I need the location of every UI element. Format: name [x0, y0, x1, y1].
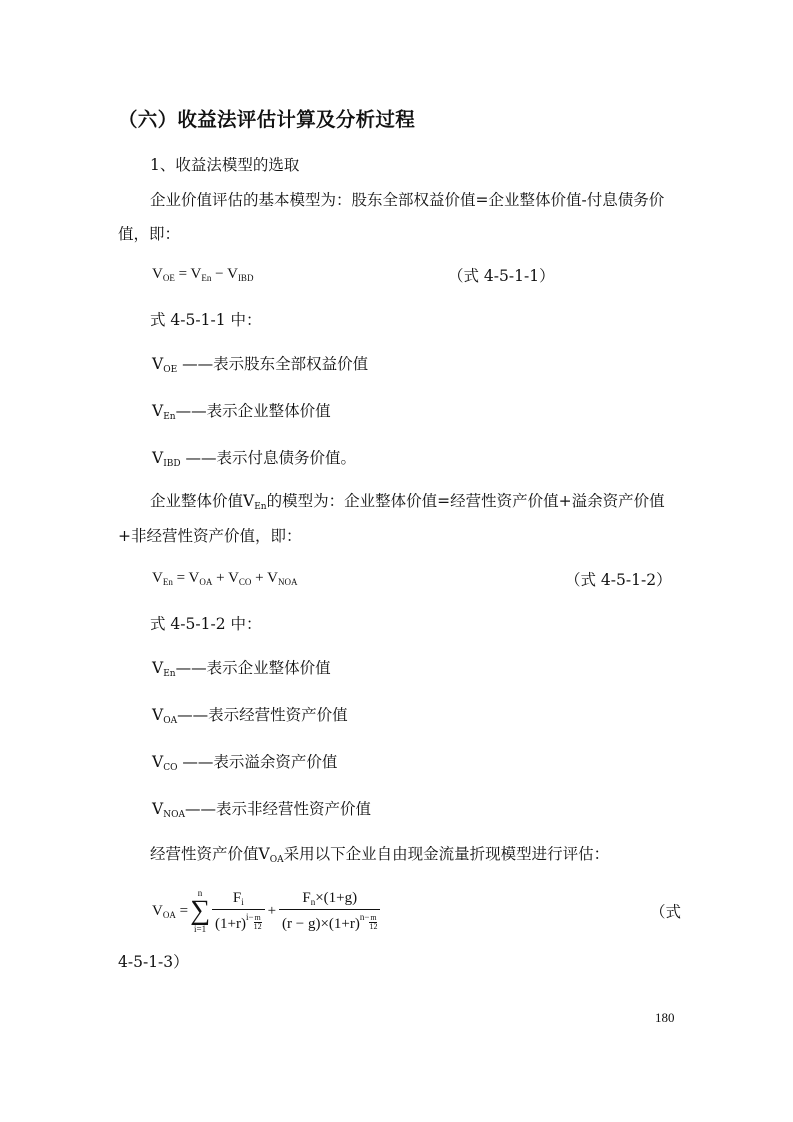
- equation-label-4-5-1-2: （式 4-5-1-2）: [565, 570, 672, 590]
- equation-4-5-1-3: VOA = n ∑ i=1 Fi (1+r)i−m12 + Fn×(1+g) (…: [152, 888, 380, 934]
- paragraph-enterprise-model-line2: +非经营性资产价值，即：: [118, 526, 302, 546]
- summation-symbol: n ∑ i=1: [190, 888, 210, 934]
- fraction-term-1: Fi (1+r)i−m12: [212, 890, 265, 933]
- subheading: 1、收益法模型的选取: [150, 155, 299, 175]
- equation-4-5-1-1: VOE = VEn − VIBD: [152, 266, 253, 283]
- paragraph-dcf-intro: 经营性资产价值VOA采用以下企业自由现金流量折现模型进行评估：: [150, 844, 609, 870]
- definition-voa: VOA——表示经营性资产价值: [152, 705, 348, 731]
- eq2-where-label: 式 4-5-1-2 中：: [150, 614, 262, 634]
- paragraph-enterprise-model-line1: 企业整体价值VEn的模型为：企业整体价值=经营性资产价值+溢余资产价值: [150, 491, 665, 517]
- section-title: （六）收益法评估计算及分析过程: [118, 104, 415, 132]
- equation-label-4-5-1-1: （式 4-5-1-1）: [448, 266, 555, 286]
- definition-ven-2: VEn——表示企业整体价值: [152, 658, 331, 684]
- eq1-where-label: 式 4-5-1-1 中：: [150, 310, 262, 330]
- definition-voe: VOE ——表示股东全部权益价值: [152, 354, 368, 380]
- equation-4-5-1-2: VEn = VOA + VCO + VNOA: [152, 570, 297, 587]
- paragraph-basic-model-line1: 企业价值评估的基本模型为：股东全部权益价值=企业整体价值-付息债务价: [150, 190, 664, 210]
- definition-vco: VCO ——表示溢余资产价值: [152, 752, 337, 778]
- equation-label-4-5-1-3-part2: 4-5-1-3）: [118, 952, 189, 972]
- equation-label-4-5-1-3-part1: （式: [650, 902, 681, 922]
- definition-ven: VEn——表示企业整体价值: [152, 401, 331, 427]
- paragraph-basic-model-line2: 值，即：: [118, 224, 180, 244]
- definition-vibd: VIBD ——表示付息债务价值。: [152, 448, 356, 474]
- definition-vnoa: VNOA——表示非经营性资产价值: [152, 799, 371, 825]
- fraction-term-2: Fn×(1+g) (r − g)×(1+r)n−m12: [279, 890, 380, 933]
- page-number: 180: [655, 1010, 675, 1026]
